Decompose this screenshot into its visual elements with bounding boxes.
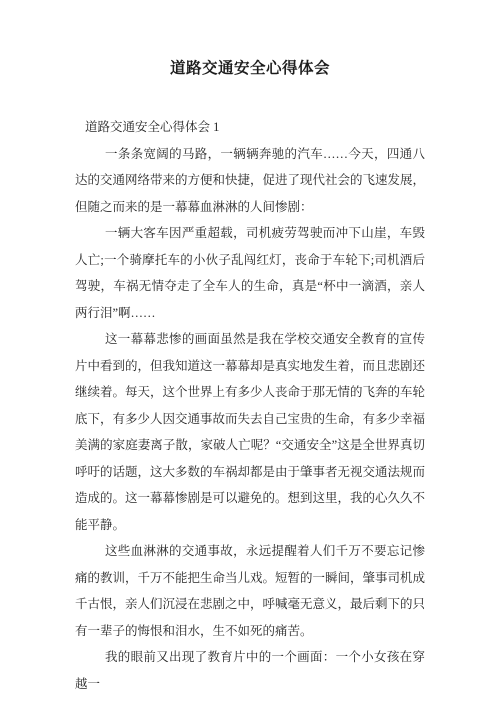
paragraph: 我的眼前又出现了教育片中的一个画面：一个小女孩在穿越一: [75, 644, 425, 697]
document-title: 道路交通安全心得体会: [0, 0, 500, 82]
paragraph: 这一幕幕悲惨的画面虽然是我在学校交通安全教育的宣传片中看到的，但我知道这一幕幕却…: [75, 326, 425, 538]
document-body: 道路交通安全心得体会 1 一条条宽阔的马路，一辆辆奔驰的汽车……今天，四通八达的…: [75, 114, 425, 697]
document-page: 道路交通安全心得体会 道路交通安全心得体会 1 一条条宽阔的马路，一辆辆奔驰的汽…: [0, 0, 500, 707]
paragraph: 一条条宽阔的马路，一辆辆奔驰的汽车……今天，四通八达的交通网络带来的方便和快捷，…: [75, 141, 425, 221]
paragraph: 这些血淋淋的交通事故，永远提醒着人们千万不要忘记惨痛的教训，千万不能把生命当儿戏…: [75, 538, 425, 644]
paragraph: 一辆大客车因严重超载，司机疲劳驾驶而冲下山崖，车毁人亡;一个骑摩托车的小伙子乱闯…: [75, 220, 425, 326]
section-heading: 道路交通安全心得体会 1: [75, 114, 425, 141]
